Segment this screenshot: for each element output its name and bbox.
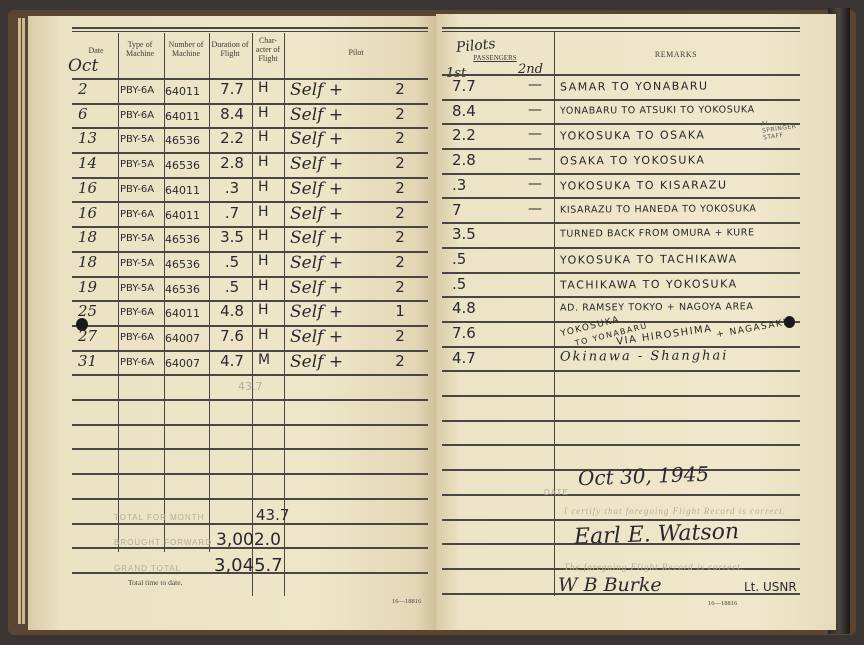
- cell-type: PBY-5A: [120, 159, 154, 170]
- column-divider: [252, 33, 253, 596]
- row-rule: [442, 296, 800, 298]
- cell-pilot: Self +: [290, 105, 343, 125]
- cell-remark: YOKOSUKA TO OSAKA: [560, 129, 706, 143]
- cell-date: 16: [78, 204, 97, 222]
- cell-number: 46536: [165, 283, 200, 296]
- month-label: Oct: [68, 56, 98, 76]
- cell-date: 2: [78, 80, 88, 98]
- cell-date: 14: [78, 154, 97, 172]
- cell-first-pilot: 7.7: [452, 77, 476, 95]
- cell-type: PBY-6A: [120, 184, 154, 195]
- row-rule: [442, 370, 800, 372]
- cell-first-pilot: 2.2: [452, 126, 476, 144]
- cell-duration: 7.6: [212, 327, 252, 345]
- cell-first-pilot: .3: [452, 176, 466, 194]
- cell-type: PBY-5A: [120, 233, 154, 244]
- cell-character: H: [258, 129, 269, 145]
- certify-text: I certify that foregoing Flight Record i…: [564, 506, 786, 516]
- row-rule: [442, 99, 800, 101]
- grand-total-value: 3,045.7: [214, 555, 283, 576]
- top-rule: [72, 27, 428, 29]
- cell-character: H: [258, 253, 269, 269]
- total-month-value: 43.7: [256, 506, 289, 524]
- top-rule: [442, 31, 800, 32]
- margin-note: AL SPRINGER STAFF: [761, 116, 802, 142]
- cell-second-pilot: —: [528, 176, 542, 192]
- cell-count: 2: [390, 105, 410, 123]
- cell-first-pilot: .5: [452, 275, 466, 293]
- cell-first-pilot: 4.8: [452, 299, 476, 317]
- row-rule: [72, 300, 428, 302]
- cell-duration: 2.8: [212, 154, 252, 172]
- cell-number: 64007: [165, 332, 200, 345]
- header-type: Type of Machine: [118, 40, 162, 58]
- form-number: 16—18816: [392, 598, 421, 605]
- right-page: PASSENGERS Pilots 1st 2nd REMARKS 7.7—SA…: [436, 14, 836, 630]
- cell-count: 2: [390, 129, 410, 147]
- cell-pilot: Self +: [290, 253, 343, 273]
- cell-date: 6: [78, 105, 88, 123]
- cell-date: 18: [78, 253, 97, 271]
- cell-date: 19: [78, 278, 97, 296]
- cell-number: 64011: [165, 307, 200, 320]
- top-rule: [442, 27, 800, 29]
- top-rule: [72, 31, 428, 32]
- cell-duration: 7.7: [212, 80, 252, 98]
- cell-count: 2: [390, 228, 410, 246]
- date-label: DATE: [544, 488, 569, 497]
- cell-count: 2: [390, 204, 410, 222]
- ink-blot: [76, 318, 88, 331]
- cell-count: 2: [390, 352, 410, 370]
- row-rule: [72, 523, 428, 525]
- cell-character: H: [258, 302, 269, 318]
- cell-first-pilot: 7: [452, 201, 462, 219]
- cell-pilot: Self +: [290, 278, 343, 298]
- header-remarks: REMARKS: [556, 50, 796, 59]
- row-rule: [442, 494, 800, 496]
- cell-pilot: Self +: [290, 352, 343, 372]
- row-rule: [72, 201, 428, 203]
- ink-blot: [784, 316, 795, 328]
- cell-remark: YOKOSUKA TO TACHIKAWA: [560, 252, 738, 266]
- cell-first-pilot: 3.5: [452, 225, 476, 243]
- cell-pilot: Self +: [290, 204, 343, 224]
- cell-type: PBY-6A: [120, 307, 154, 318]
- cell-duration: 8.4: [212, 105, 252, 123]
- cell-type: PBY-6A: [120, 209, 154, 220]
- cell-second-pilot: —: [528, 151, 542, 167]
- cell-count: 2: [390, 253, 410, 271]
- cell-second-pilot: —: [528, 77, 542, 93]
- cell-duration: .7: [212, 204, 252, 222]
- row-rule: [72, 448, 428, 450]
- cell-character: H: [258, 179, 269, 195]
- pilot-signature: Earl E. Watson: [574, 519, 740, 550]
- cell-duration: 3.5: [212, 228, 252, 246]
- cell-count: 2: [390, 179, 410, 197]
- cell-first-pilot: .5: [452, 250, 466, 268]
- row-rule: [442, 247, 800, 249]
- brought-forward-label: BROUGHT FORWARD: [114, 538, 212, 547]
- cell-date: 16: [78, 179, 97, 197]
- cell-pilot: Self +: [290, 327, 343, 347]
- left-page: Date Type of Machine Number of Machine D…: [28, 16, 436, 630]
- cell-duration: .3: [212, 179, 252, 197]
- cell-second-pilot: —: [528, 126, 542, 142]
- cell-count: 2: [390, 278, 410, 296]
- header-date: Date: [76, 46, 116, 55]
- row-rule: [442, 395, 800, 397]
- cell-type: PBY-5A: [120, 134, 154, 145]
- cell-remark: KISARAZU TO HANEDA TO YOKOSUKA: [560, 203, 757, 215]
- cell-pilot: Self +: [290, 129, 343, 149]
- cell-remark: YOKOSUKA TO KISARAZU: [560, 178, 728, 192]
- cell-type: PBY-6A: [120, 110, 154, 121]
- cell-pilot: Self +: [290, 80, 343, 100]
- cell-number: 64011: [165, 209, 200, 222]
- foregoing-text: The foregoing Flight Record is correct.: [564, 562, 744, 572]
- row-rule: [442, 519, 800, 521]
- officer-suffix: Lt. USNR: [744, 580, 797, 594]
- row-rule: [442, 420, 800, 422]
- cell-duration: .5: [212, 278, 252, 296]
- cell-character: H: [258, 327, 269, 343]
- cell-character: H: [258, 204, 269, 220]
- cell-type: PBY-6A: [120, 332, 154, 343]
- cell-number: 64007: [165, 357, 200, 370]
- cell-duration: 4.7: [212, 352, 252, 370]
- page-edge: [18, 18, 21, 624]
- cell-type: PBY-6A: [120, 85, 154, 96]
- cell-number: 46536: [165, 233, 200, 246]
- cell-count: 2: [390, 327, 410, 345]
- cell-remark: AD. RAMSEY TOKYO + NAGOYA AREA: [560, 302, 754, 314]
- cell-number: 46536: [165, 134, 200, 147]
- header-pilot: Pilot: [286, 48, 426, 57]
- cell-count: 2: [390, 154, 410, 172]
- pencil-subtotal: 43.7: [238, 380, 263, 393]
- row-rule: [72, 424, 428, 426]
- cell-pilot: Self +: [290, 228, 343, 248]
- cell-date: 31: [78, 352, 97, 370]
- header-duration: Duration of Flight: [209, 40, 251, 58]
- cell-second-pilot: —: [528, 102, 542, 118]
- cell-duration: 4.8: [212, 302, 252, 320]
- cell-number: 46536: [165, 159, 200, 172]
- cell-character: M: [258, 352, 270, 368]
- cell-type: PBY-5A: [120, 283, 154, 294]
- cell-first-pilot: 7.6: [452, 324, 476, 342]
- row-rule: [442, 444, 800, 446]
- cell-duration: .5: [212, 253, 252, 271]
- cell-pilot: Self +: [290, 179, 343, 199]
- page-edge: [22, 18, 25, 624]
- cell-date: 13: [78, 129, 97, 147]
- cell-count: 2: [390, 80, 410, 98]
- cell-second-pilot: —: [528, 201, 542, 217]
- cell-count: 1: [390, 302, 410, 320]
- row-rule: [442, 272, 800, 274]
- cell-type: PBY-5A: [120, 258, 154, 269]
- brought-forward-value: 3,002.0: [216, 530, 281, 550]
- row-rule: [72, 473, 428, 475]
- row-rule: [72, 127, 428, 129]
- row-rule: [442, 197, 800, 199]
- cell-date: 18: [78, 228, 97, 246]
- cell-number: 64011: [165, 184, 200, 197]
- cell-first-pilot: 2.8: [452, 151, 476, 169]
- row-rule: [72, 498, 428, 500]
- row-rule: [442, 123, 800, 125]
- cell-first-pilot: 4.7: [452, 349, 476, 367]
- officer-signature: W B Burke: [558, 574, 662, 596]
- cell-remark: TURNED BACK FROM OMURA + KURE: [560, 228, 755, 240]
- cell-character: H: [258, 80, 269, 96]
- cell-pilot: Self +: [290, 302, 343, 322]
- header-character: Char- acter of Flight: [252, 36, 284, 63]
- cell-first-pilot: 8.4: [452, 102, 476, 120]
- total-time-label: Total time to date,: [128, 578, 182, 587]
- date-value: Oct 30, 1945: [578, 462, 710, 491]
- cell-remark: Okinawa - Shanghai: [560, 348, 728, 364]
- cell-duration: 2.2: [212, 129, 252, 147]
- cell-remark: OSAKA TO YOKOSUKA: [560, 154, 706, 168]
- form-number: 16—18816: [708, 600, 737, 607]
- header-number: Number of Machine: [164, 40, 208, 58]
- grand-total-label: GRAND TOTAL: [114, 564, 181, 573]
- cell-type: PBY-6A: [120, 357, 154, 368]
- column-divider: [554, 31, 555, 596]
- cell-character: H: [258, 154, 269, 170]
- cell-remark: TACHIKAWA TO YOKOSUKA: [560, 277, 738, 291]
- row-rule: [442, 148, 800, 150]
- cell-number: 64011: [165, 85, 200, 98]
- row-rule: [442, 74, 800, 76]
- cell-number: 64011: [165, 110, 200, 123]
- cell-character: H: [258, 278, 269, 294]
- row-rule: [442, 222, 800, 224]
- cell-remark: SAMAR TO YONABARU: [560, 79, 709, 93]
- row-rule: [72, 399, 428, 401]
- row-rule: [442, 173, 800, 175]
- cell-number: 46536: [165, 258, 200, 271]
- cell-character: H: [258, 105, 269, 121]
- row-rule: [72, 374, 428, 376]
- total-month-label: TOTAL FOR MONTH: [114, 513, 204, 522]
- cell-character: H: [258, 228, 269, 244]
- cell-remark: YONABARU TO ATSUKI TO YOKOSUKA: [560, 104, 755, 116]
- cell-pilot: Self +: [290, 154, 343, 174]
